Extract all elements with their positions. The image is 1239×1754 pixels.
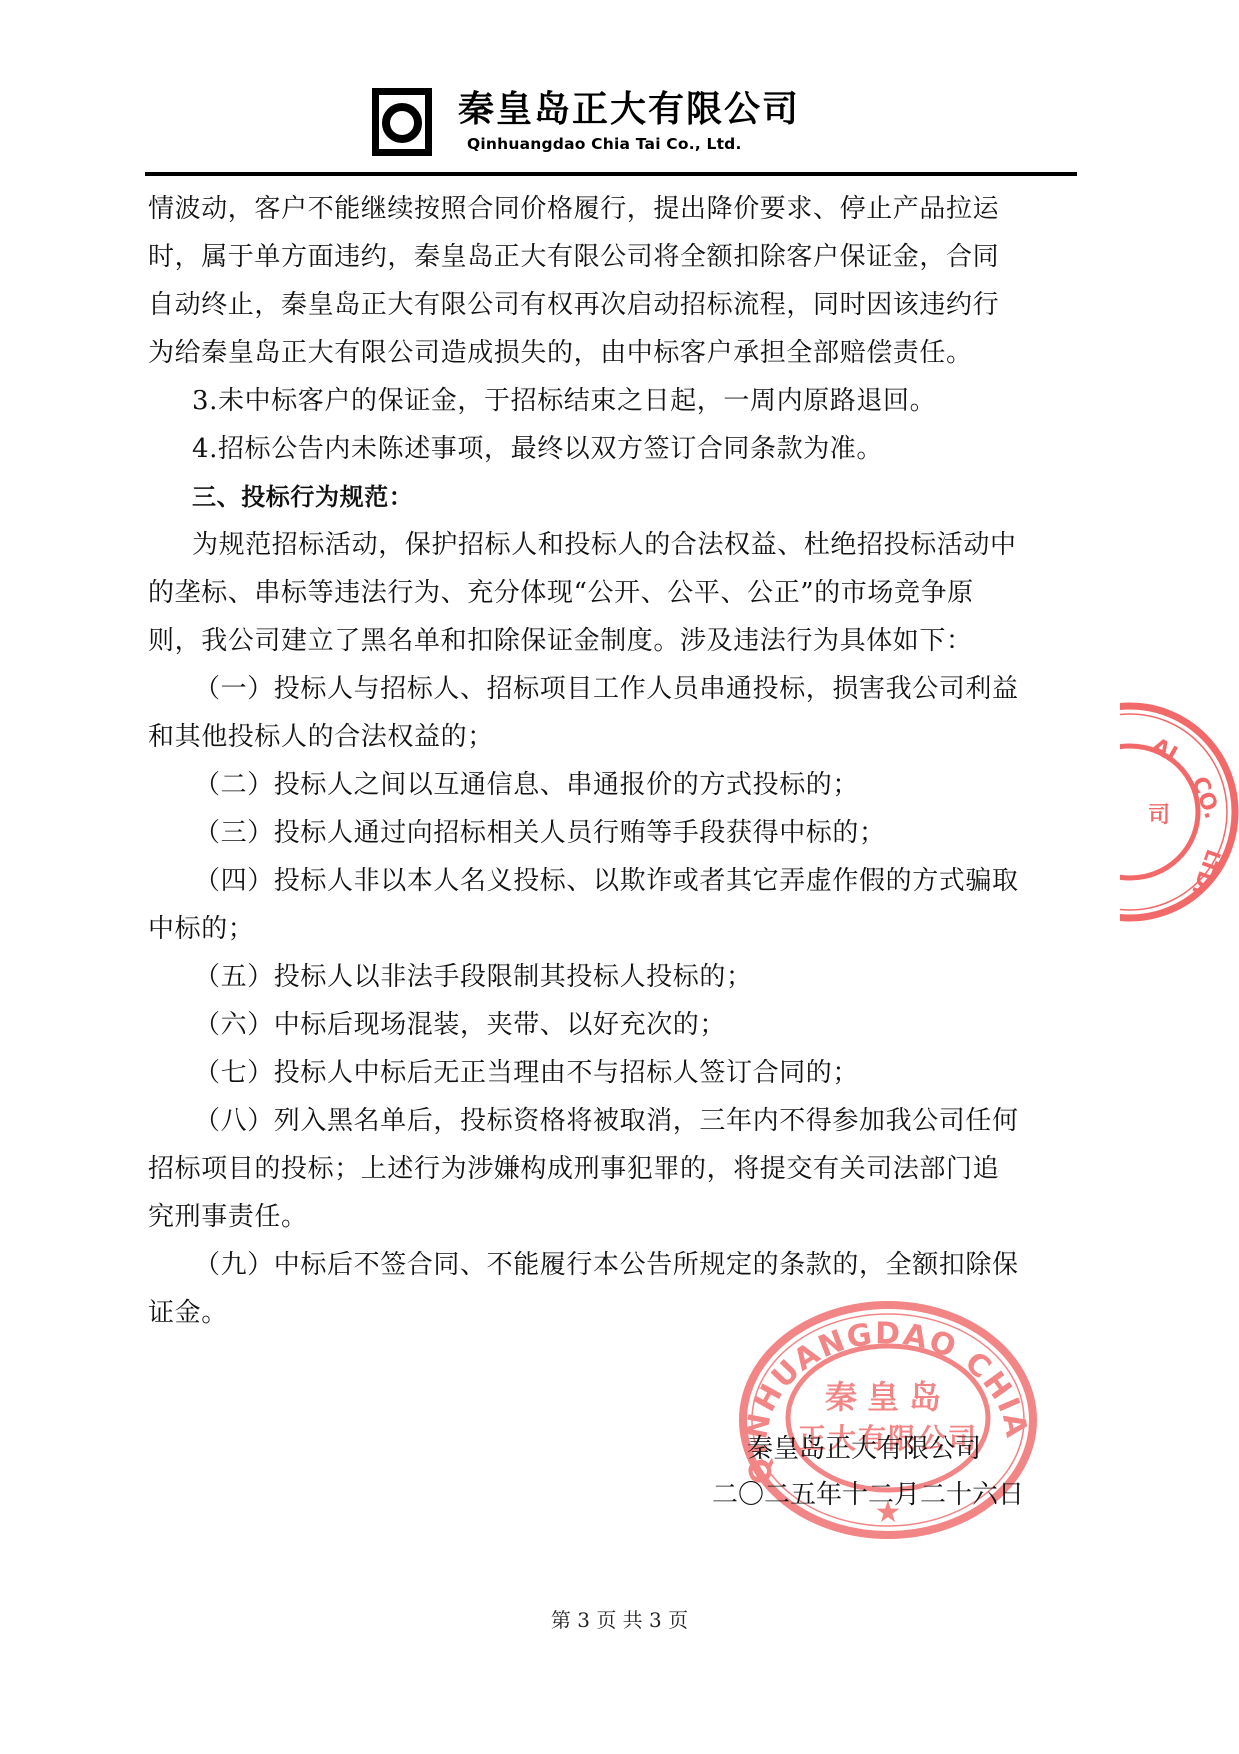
svg-text:LTD.: LTD. [1187, 846, 1226, 899]
page-number: 第 3 页 共 3 页 [0, 1604, 1239, 1633]
text-line: 为给秦皇岛正大有限公司造成损失的，由中标客户承担全部赔偿责任。 [148, 329, 1083, 377]
svg-text:秦皇岛: 秦皇岛 [825, 1378, 951, 1416]
svg-text:司: 司 [1148, 803, 1170, 828]
company-name-cn: 秦皇岛正大有限公司 [458, 88, 800, 132]
item-5: （五）投标人以非法手段限制其投标人投标的； [148, 953, 1083, 1001]
partial-seal-icon: AI CO. LTD. 司 [1120, 700, 1239, 925]
text-line: 招标项目的投标；上述行为涉嫌构成刑事犯罪的，将提交有关司法部门追 [148, 1145, 1083, 1193]
text-line: 为规范招标活动，保护招标人和投标人的合法权益、杜绝招投标活动中 [148, 521, 1083, 569]
text-line: 情波动，客户不能继续按照合同价格履行，提出降价要求、停止产品拉运 [148, 185, 1083, 233]
item-7: （七）投标人中标后无正当理由不与招标人签订合同的； [148, 1049, 1083, 1097]
letterhead: 秦皇岛正大有限公司 Qinhuangdao Chia Tai Co., Ltd. [0, 0, 1239, 180]
item-6: （六）中标后现场混装，夹带、以好充次的； [148, 1001, 1083, 1049]
item-2: （二）投标人之间以互通信息、串通报价的方式投标的； [148, 761, 1083, 809]
text-line: 中标的； [148, 905, 1083, 953]
text-line: 的垄标、串标等违法行为、充分体现“公开、公平、公正”的市场竞争原 [148, 569, 1083, 617]
square-ring-logo-icon [372, 88, 432, 156]
text-line: 时，属于单方面违约，秦皇岛正大有限公司将全额扣除客户保证金，合同 [148, 233, 1083, 281]
company-name-en: Qinhuangdao Chia Tai Co., Ltd. [467, 134, 742, 154]
item-3: （三）投标人通过向招标相关人员行贿等手段获得中标的； [148, 809, 1083, 857]
document-body: 情波动，客户不能继续按照合同价格履行，提出降价要求、停止产品拉运 时，属于单方面… [148, 185, 1083, 1337]
item-8: （八）列入黑名单后，投标资格将被取消，三年内不得参加我公司任何 [148, 1097, 1083, 1145]
item-4: （四）投标人非以本人名义投标、以欺诈或者其它弄虚作假的方式骗取 [148, 857, 1083, 905]
text-line: 究刑事责任。 [148, 1193, 1083, 1241]
item-9: （九）中标后不签合同、不能履行本公告所规定的条款的，全额扣除保 [148, 1241, 1083, 1289]
item-1: （一）投标人与招标人、招标项目工作人员串通投标，损害我公司利益 [148, 665, 1083, 713]
text-line: 则，我公司建立了黑名单和扣除保证金制度。涉及违法行为具体如下： [148, 617, 1083, 665]
header-divider [145, 172, 1077, 176]
text-line: 自动终止，秦皇岛正大有限公司有权再次启动招标流程，同时因该违约行 [148, 281, 1083, 329]
signature-date: 二〇二五年十二月二十六日 [712, 1474, 1024, 1511]
section-heading: 三、投标行为规范： [148, 473, 1083, 521]
clause-3: 3.未中标客户的保证金，于招标结束之日起，一周内原路退回。 [148, 377, 1083, 425]
signature-company: 秦皇岛正大有限公司 [747, 1428, 981, 1465]
text-line: 和其他投标人的合法权益的； [148, 713, 1083, 761]
clause-4: 4.招标公告内未陈述事项，最终以双方签订合同条款为准。 [148, 425, 1083, 473]
svg-text:CO.: CO. [1186, 774, 1224, 823]
